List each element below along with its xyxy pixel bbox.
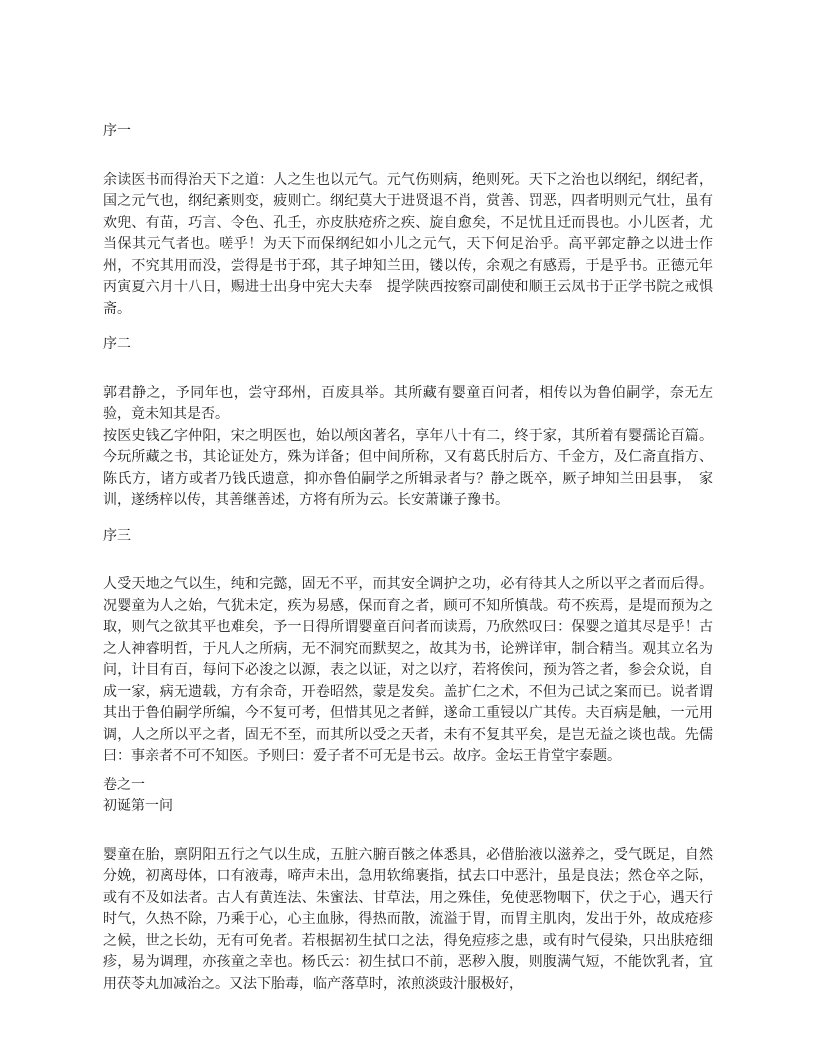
section-preface-3: 序三 人受天地之气以生，纯和完懿，固无不平，而其安全调护之功，必有待其人之所以平… (103, 526, 713, 768)
volume-1-paragraph: 婴童在胎，禀阴阳五行之气以生成，五脏六腑百骸之体悉具，必借胎液以滋养之，受气既足… (103, 845, 713, 996)
preface-2-heading: 序二 (103, 334, 713, 356)
section-volume-1: 卷之一 初诞第一问 婴童在胎，禀阴阳五行之气以生成，五脏六腑百骸之体悉具，必借胎… (103, 775, 713, 996)
preface-1-paragraph: 余读医书而得治天下之道：人之生也以元气。元气伤则病，绝则死。天下之治也以纲纪，纲… (103, 170, 713, 321)
preface-3-heading: 序三 (103, 526, 713, 548)
preface-3-paragraph: 人受天地之气以生，纯和完懿，固无不平，而其安全调护之功，必有待其人之所以平之者而… (103, 574, 713, 768)
document-page: 序一 余读医书而得治天下之道：人之生也以元气。元气伤则病，绝则死。天下之治也以纲… (0, 0, 816, 1056)
preface-2-paragraph-2: 按医史钱乙字仲阳，宋之明医也，始以颅囟著名，享年八十有二，终于家，其所着有婴孺论… (103, 426, 713, 512)
section-preface-1: 序一 余读医书而得治天下之道：人之生也以元气。元气伤则病，绝则死。天下之治也以纲… (103, 121, 713, 320)
preface-2-paragraph-1: 郭君静之，予同年也，尝守邳州，百废具举。其所藏有婴童百问者，相传以为鲁伯嗣学，奈… (103, 383, 713, 426)
section-preface-2: 序二 郭君静之，予同年也，尝守邳州，百废具举。其所藏有婴童百问者，相传以为鲁伯嗣… (103, 334, 713, 512)
preface-1-heading: 序一 (103, 121, 713, 143)
volume-1-heading: 卷之一 (103, 775, 713, 797)
volume-1-subheading-question-1: 初诞第一问 (103, 796, 713, 818)
